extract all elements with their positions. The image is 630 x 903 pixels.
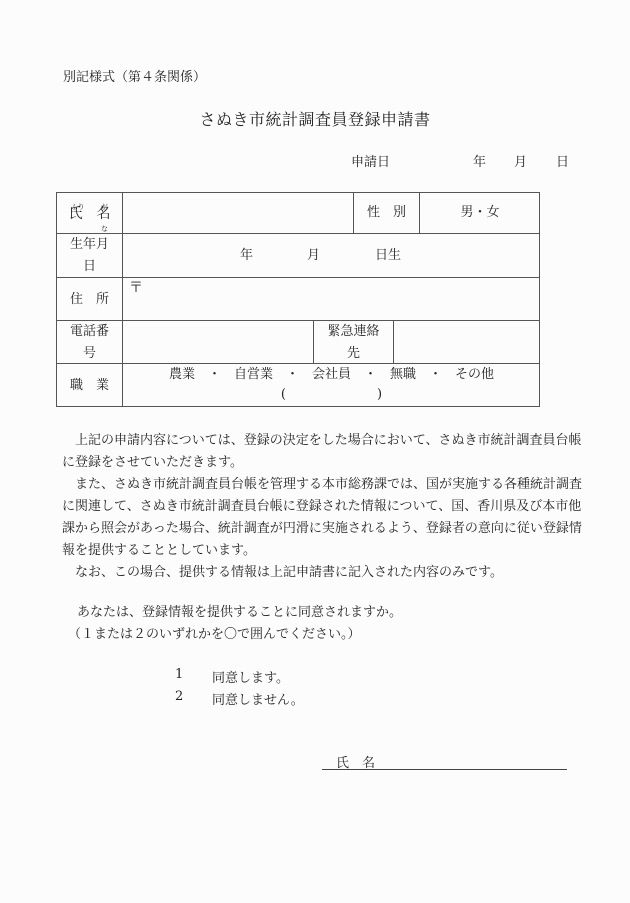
postal-mark: 〒 xyxy=(129,277,143,299)
emergency-contact-label-line2: 先 xyxy=(314,343,393,365)
occupation-options[interactable]: 農業 ・ 自営業 ・ 会社員 ・ 無職 ・ その他 xyxy=(123,364,540,386)
birthdate-label-line1: 生年月 xyxy=(57,234,122,256)
occupation-other-field[interactable]: ( ) xyxy=(123,384,540,406)
birthdate-year: 年 xyxy=(240,245,253,267)
choice-2-label[interactable]: 同意しません。 xyxy=(212,689,304,708)
choice-1-label[interactable]: 同意します。 xyxy=(212,667,289,686)
emergency-contact-label-line1: 緊急連絡 xyxy=(314,321,393,343)
application-date-month: 月 xyxy=(514,151,527,170)
name-field[interactable] xyxy=(123,193,353,233)
address-field[interactable] xyxy=(147,278,537,320)
application-table: ふり がな 氏 名 性 別 男・女 生年月 日 年 月 日生 住 所 〒 電話番… xyxy=(56,192,540,407)
choice-1-number[interactable]: 1 xyxy=(175,667,183,682)
form-reference: 別記様式（第４条関係） xyxy=(63,66,206,85)
application-date-year: 年 xyxy=(473,151,486,170)
paragraph: なお、この場合、提供する情報は上記申請書に記入された内容のみです。 xyxy=(62,562,582,584)
phone-label-line1: 電話番 xyxy=(57,321,122,343)
phone-label-line2: 号 xyxy=(57,343,122,365)
application-date-label: 申請日 xyxy=(351,151,390,170)
birthdate-label-line2: 日 xyxy=(57,256,122,278)
birthdate-month: 月 xyxy=(307,245,320,267)
choice-2-number[interactable]: 2 xyxy=(175,689,183,704)
consent-instruction: （１または２のいずれかを〇で囲んでください。） xyxy=(68,623,361,642)
occupation-label: 職 業 xyxy=(57,375,122,397)
name-ruby-left: ふり xyxy=(71,196,85,218)
phone-field[interactable] xyxy=(123,321,313,363)
signature-line[interactable] xyxy=(322,769,567,770)
paragraph: また、さぬき市統計調査員台帳を管理する本市総務課では、国が実施する各種統計調査に… xyxy=(62,474,582,562)
birthdate-day: 日生 xyxy=(375,245,401,267)
paragraph: 上記の申請内容については、登録の決定をした場合において、さぬき市統計調査員台帳に… xyxy=(62,430,582,474)
row-divider xyxy=(57,233,539,234)
consent-question: あなたは、登録情報を提供することに同意されますか。 xyxy=(77,601,402,620)
name-label-cell: ふり がな 氏 名 xyxy=(57,203,122,226)
page-title: さぬき市統計調査員登録申請書 xyxy=(0,107,630,130)
gender-options[interactable]: 男・女 xyxy=(420,202,540,224)
explanation-text: 上記の申請内容については、登録の決定をした場合において、さぬき市統計調査員台帳に… xyxy=(62,430,582,584)
application-date-day: 日 xyxy=(556,151,569,170)
gender-label: 性 別 xyxy=(354,202,419,224)
emergency-contact-field[interactable] xyxy=(394,321,540,363)
birthdate-label: 生年月 日 xyxy=(57,234,122,278)
address-label: 住 所 xyxy=(57,289,122,311)
emergency-contact-label: 緊急連絡 先 xyxy=(314,321,393,365)
phone-label: 電話番 号 xyxy=(57,321,122,365)
